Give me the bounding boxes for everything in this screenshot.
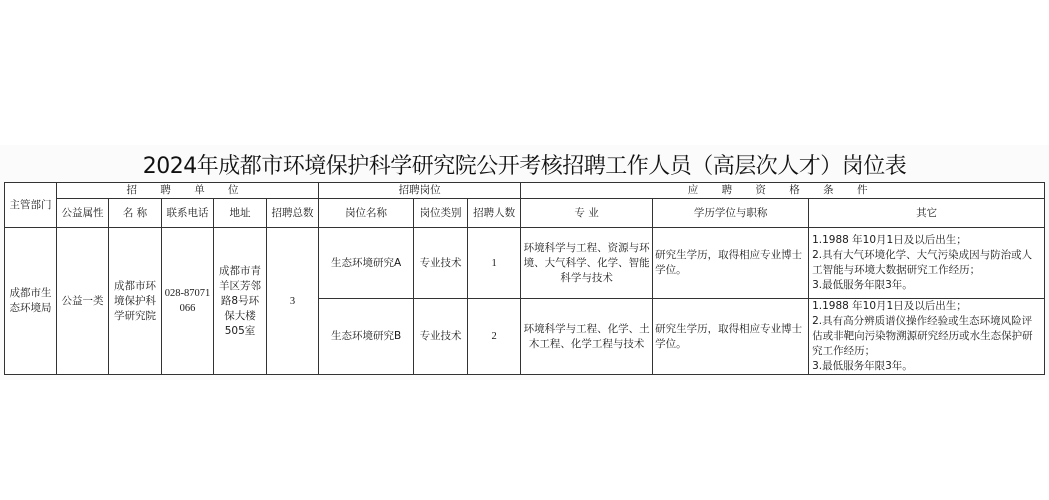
cell-post-name: 生态环境研究B	[319, 299, 414, 375]
other-line: 1.1988 年10月1日及以后出生；	[812, 233, 1042, 248]
header-address: 地址	[214, 199, 267, 228]
cell-post-type: 专业技术	[414, 299, 468, 375]
cell-nature: 公益一类	[57, 228, 109, 375]
other-line: 3.最低服务年限3年。	[812, 359, 1042, 374]
cell-other: 1.1988 年10月1日及以后出生； 2.具有大气环境化学、大气污染成因与防治…	[809, 228, 1045, 299]
other-line: 2.具有高分辨质谱仪操作经验或生态环境风险评估或非靶向污染物溯源研究经历或水生态…	[812, 314, 1042, 359]
cell-total: 3	[267, 228, 319, 375]
other-line: 1.1988 年10月1日及以后出生；	[812, 299, 1042, 314]
header-post-name: 岗位名称	[319, 199, 414, 228]
cell-post-type: 专业技术	[414, 228, 468, 299]
header-count: 招聘人数	[468, 199, 521, 228]
cell-degree: 研究生学历，取得相应专业博士学位。	[653, 299, 809, 375]
cell-dept: 成都市生态环境局	[5, 228, 57, 375]
cell-major: 环境科学与工程、化学、土木工程、化学工程与技术	[521, 299, 653, 375]
table-row: 成都市生态环境局 公益一类 成都市环境保护科学研究院 028-87071066 …	[5, 228, 1045, 299]
header-post-type: 岗位类别	[414, 199, 468, 228]
header-total: 招聘总数	[267, 199, 319, 228]
header-group-post: 招聘岗位	[319, 183, 521, 199]
header-group-qualification: 应 聘 资 格 条 件	[521, 183, 1045, 199]
cell-major: 环境科学与工程、资源与环境、大气科学、化学、智能科学与技术	[521, 228, 653, 299]
cell-other: 1.1988 年10月1日及以后出生； 2.具有高分辨质谱仪操作经验或生态环境风…	[809, 299, 1045, 375]
header-dept: 主管部门	[5, 183, 57, 228]
cell-degree: 研究生学历，取得相应专业博士学位。	[653, 228, 809, 299]
cell-phone: 028-87071066	[162, 228, 214, 375]
recruitment-table: 主管部门 招 聘 单 位 招聘岗位 应 聘 资 格 条 件 公益属性 名 称 联…	[4, 182, 1045, 375]
cell-count: 2	[468, 299, 521, 375]
header-nature: 公益属性	[57, 199, 109, 228]
header-name: 名 称	[109, 199, 162, 228]
other-line: 2.具有大气环境化学、大气污染成因与防治或人工智能与环境大数据研究工作经历；	[812, 248, 1042, 278]
header-phone: 联系电话	[162, 199, 214, 228]
cell-address: 成都市青羊区芳邻路8号环保大楼505室	[214, 228, 267, 375]
header-degree: 学历学位与职称	[653, 199, 809, 228]
cell-count: 1	[468, 228, 521, 299]
page-title: 2024年成都市环境保护科学研究院公开考核招聘工作人员（高层次人才）岗位表	[0, 152, 1049, 182]
cell-post-name: 生态环境研究A	[319, 228, 414, 299]
other-line: 3.最低服务年限3年。	[812, 278, 1042, 293]
cell-unit-name: 成都市环境保护科学研究院	[109, 228, 162, 375]
header-major: 专 业	[521, 199, 653, 228]
header-group-unit: 招 聘 单 位	[57, 183, 319, 199]
header-other: 其它	[809, 199, 1045, 228]
